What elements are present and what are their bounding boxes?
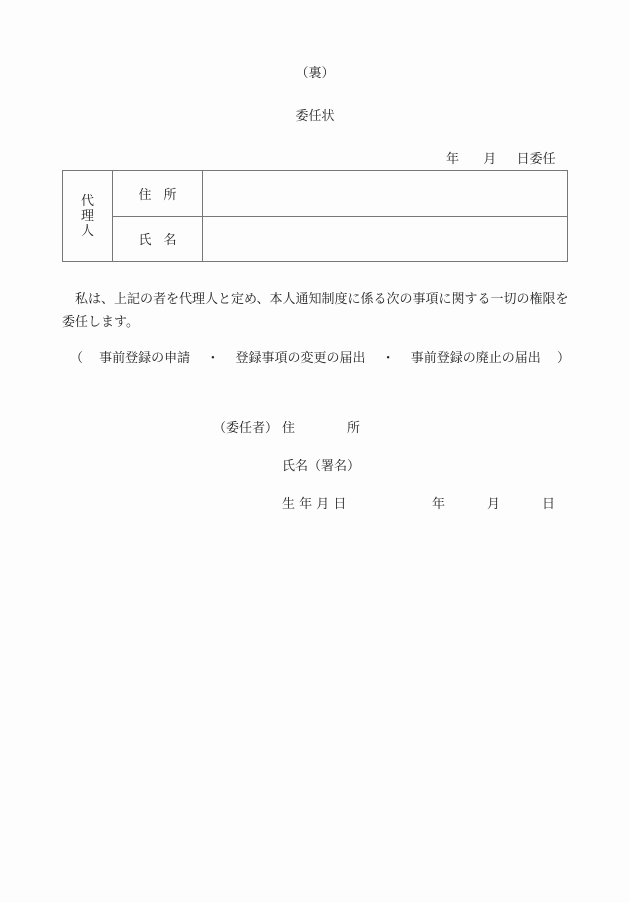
delegator-dob-label: 生 年 月 日	[282, 497, 346, 513]
back-side-label: （裏）	[0, 66, 630, 82]
separator: ・	[206, 351, 219, 367]
item-pre-registration[interactable]: 事前登録の申請	[99, 351, 190, 367]
item-abolition-notice[interactable]: 事前登録の廃止の届出	[411, 351, 541, 367]
proxy-address-field[interactable]	[203, 171, 568, 217]
date-month: 月	[483, 152, 496, 168]
delegator-address-label-2: 所	[347, 421, 360, 437]
proxy-address-label: 住所	[113, 171, 203, 217]
date-year: 年	[446, 152, 459, 168]
dob-year: 年	[432, 497, 445, 513]
delegation-statement: 私は、上記の者を代理人と定め、本人通知制度に係る次の事項に関する一切の権限を委任…	[62, 288, 572, 334]
proxy-char: 代	[63, 194, 112, 209]
delegator-label: （委任者）	[213, 421, 278, 437]
proxy-name-field[interactable]	[203, 216, 568, 262]
item-change-notice[interactable]: 登録事項の変更の届出	[235, 351, 365, 367]
separator: ・	[382, 351, 395, 367]
delegated-items: （ 事前登録の申請 ・ 登録事項の変更の届出 ・ 事前登録の廃止の届出 ）	[70, 351, 570, 367]
date-day: 日委任	[517, 152, 556, 168]
dob-day: 日	[542, 497, 555, 513]
proxy-group-label: 代 理 人	[63, 171, 113, 262]
proxy-char: 理	[63, 209, 112, 224]
open-paren: （	[70, 351, 83, 367]
delegator-name-label: 氏名（署名）	[282, 459, 360, 475]
dob-month: 月	[487, 497, 500, 513]
document-title: 委任状	[0, 109, 630, 125]
proxy-char: 人	[63, 224, 112, 239]
close-paren: ）	[557, 351, 570, 367]
delegator-address-label: 住	[282, 421, 295, 437]
proxy-name-label: 氏名	[113, 216, 203, 262]
proxy-table: 代 理 人 住所 氏名	[62, 170, 568, 262]
delegation-date: 年 月 日委任	[446, 152, 556, 168]
